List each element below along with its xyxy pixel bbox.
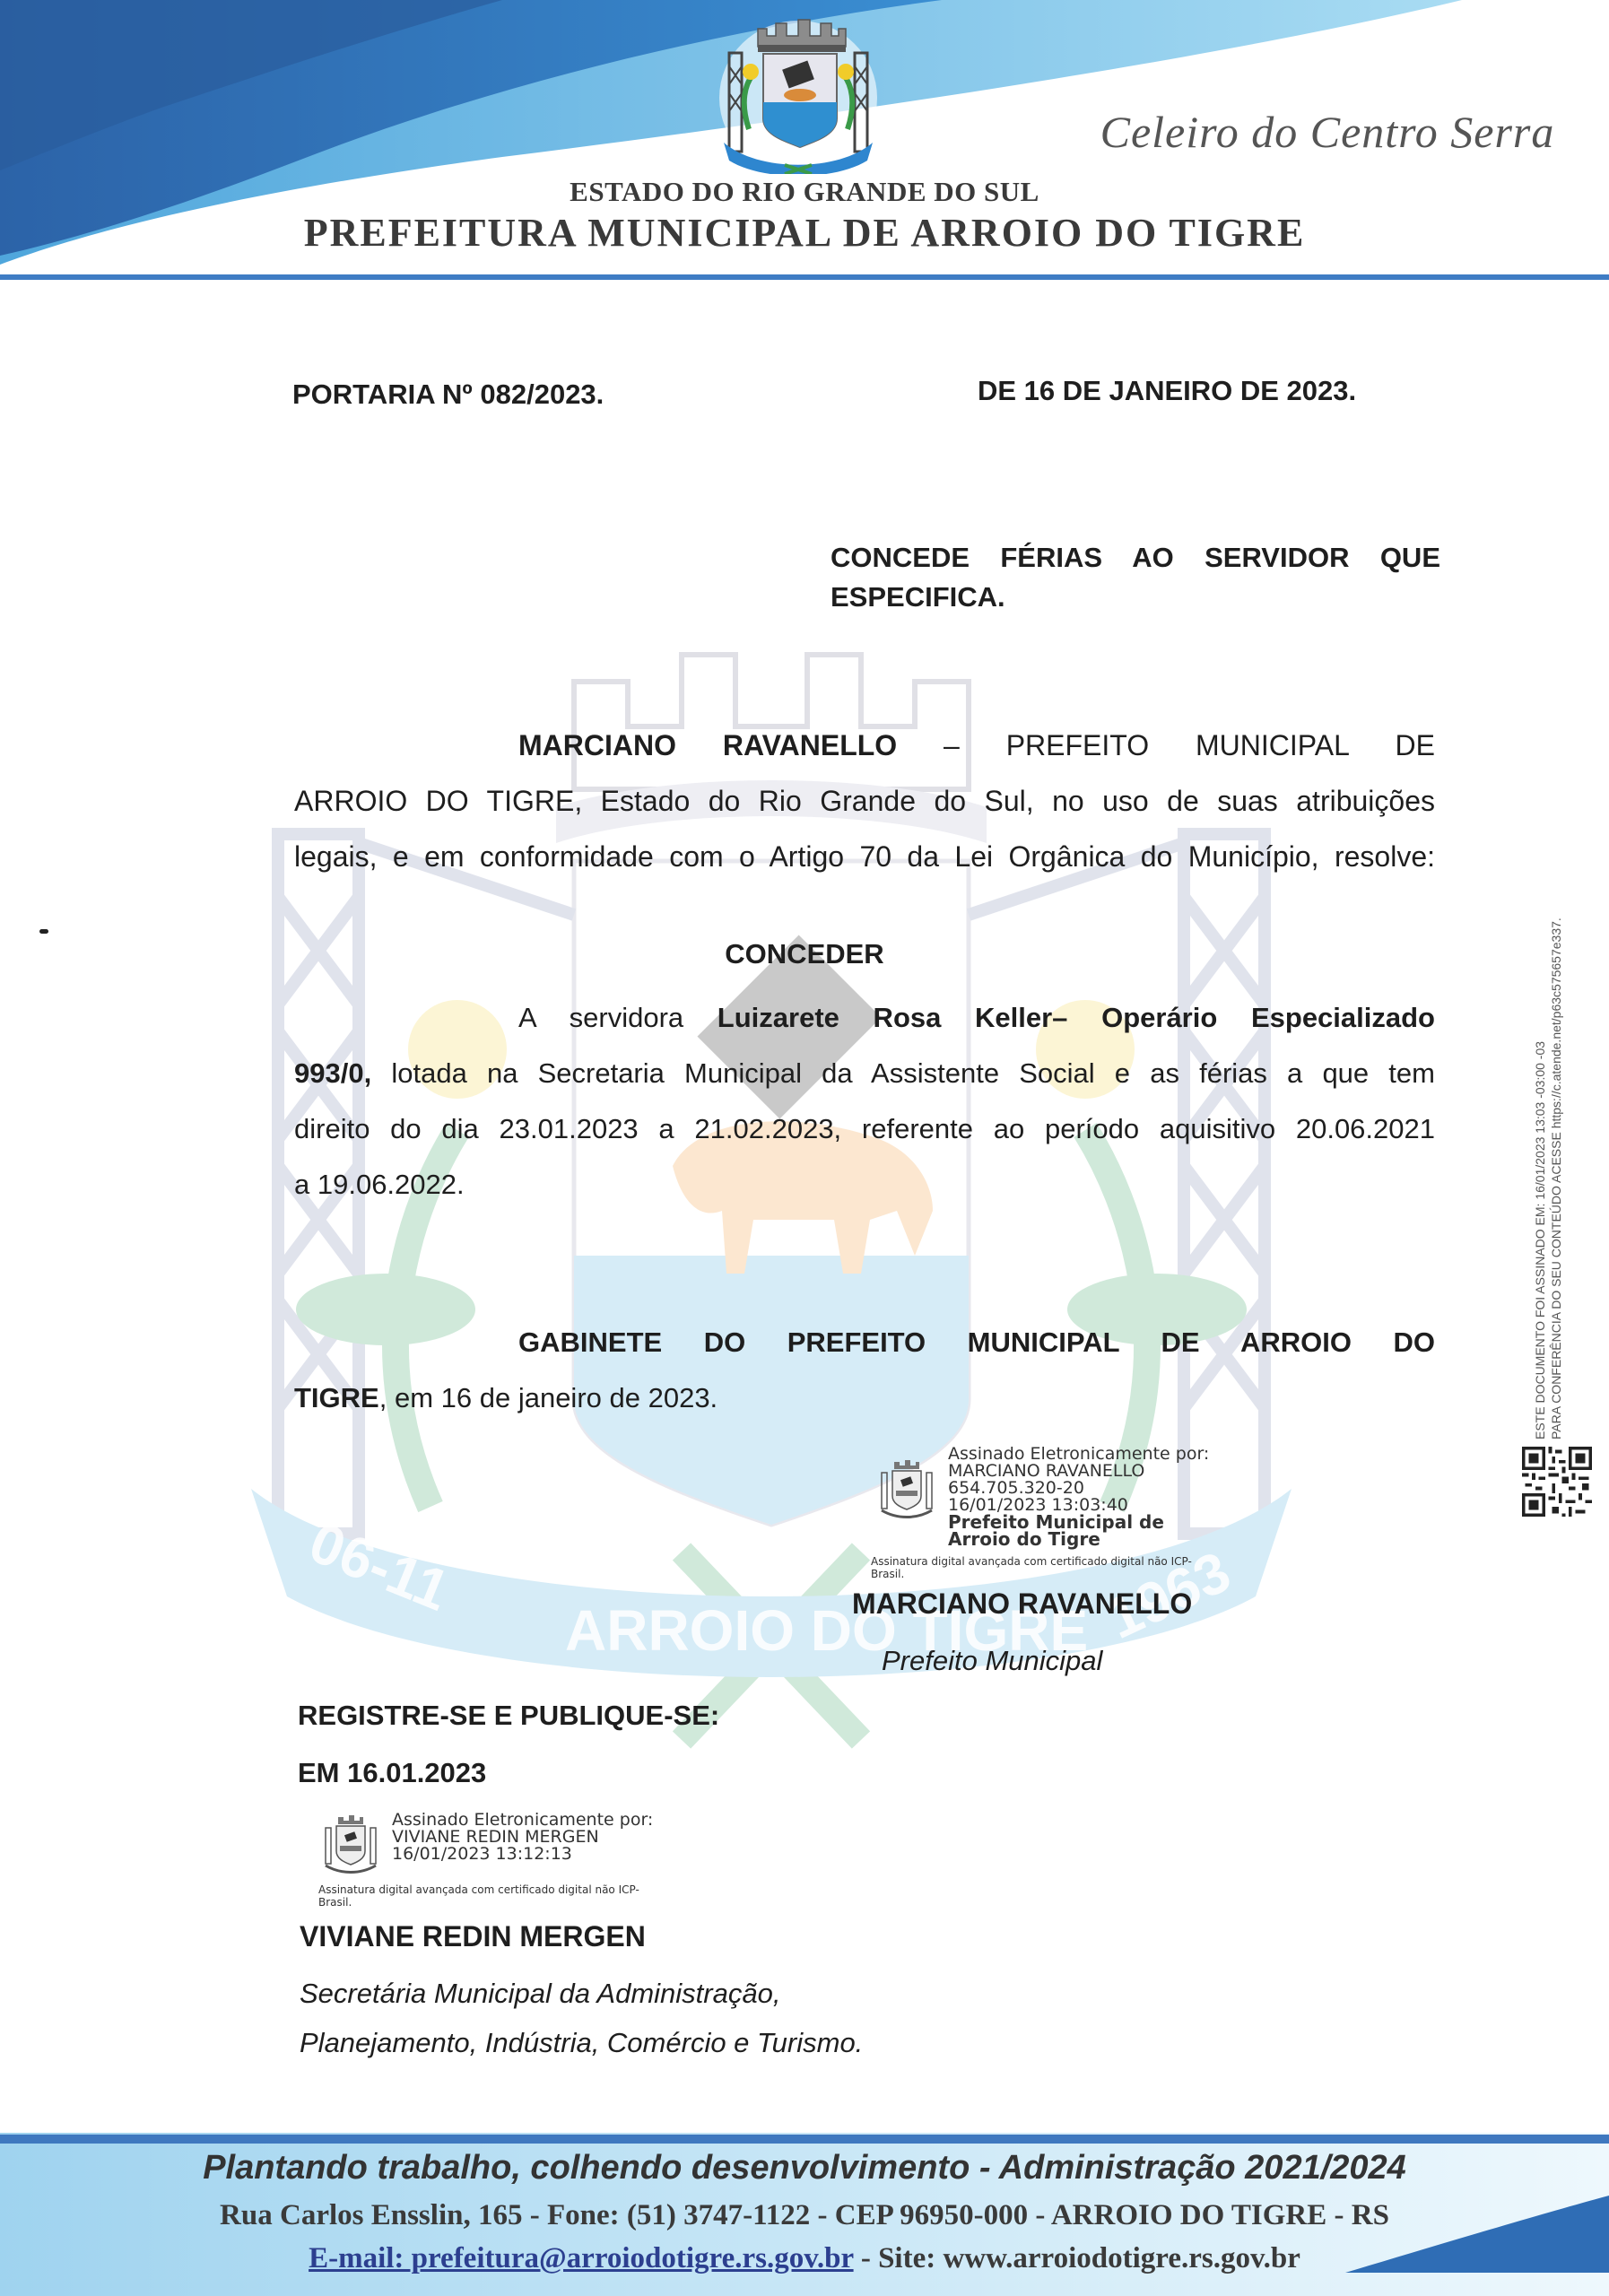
employee-registration: 993/0, (294, 1057, 371, 1089)
grant-line-4: a 19.06.2022. (294, 1158, 1435, 1213)
closing-line-1: GABINETE DO PREFEITO MUNICIPAL DE ARROIO… (294, 1314, 1435, 1370)
verification-line-2[interactable]: PARA CONFERÊNCIA DO SEU CONTEÚDO ACESSE … (1548, 918, 1564, 1439)
header-rule (0, 274, 1609, 280)
secretary-stamp-datetime: 16/01/2023 13:12:13 (392, 1846, 653, 1863)
secretary-stamp-note: Assinatura digital avançada com certific… (318, 1883, 639, 1909)
municipal-motto: Celeiro do Centro Serra (1085, 106, 1570, 158)
footer-address: Rua Carlos Ensslin, 165 - Fone: (51) 374… (0, 2199, 1609, 2232)
mayor-signer-name: MARCIANO RAVANELLO (852, 1589, 1192, 1618)
closing-paragraph: GABINETE DO PREFEITO MUNICIPAL DE ARROIO… (294, 1314, 1435, 1425)
website-label[interactable]: - Site: www.arroiodotigre.rs.gov.br (854, 2242, 1300, 2274)
employee-name: Luizarete Rosa Keller– Operário Especial… (718, 1002, 1435, 1033)
preamble-paragraph: MARCIANO RAVANELLO – PREFEITO MUNICIPAL … (294, 717, 1435, 884)
footer-rule (0, 2135, 1609, 2144)
mayor-stamp-note: Assinatura digital avançada com certific… (871, 1555, 1192, 1580)
verification-line-1: ESTE DOCUMENTO FOI ASSINADO EM: 16/01/20… (1532, 918, 1548, 1439)
mayor-name-inline: MARCIANO RAVANELLO (518, 729, 897, 761)
municipality-name: PREFEITURA MUNICIPAL DE ARROIO DO TIGRE (0, 210, 1609, 256)
publish-order: REGISTRE-SE E PUBLIQUE-SE: (298, 1701, 719, 1729)
ementa-line-2: ESPECIFICA. (831, 581, 1005, 613)
ementa-line-1: CONCEDE FÉRIAS AO SERVIDOR QUE (831, 538, 1440, 578)
secretary-signer-role-line-1: Secretária Municipal da Administração, (300, 1979, 780, 2007)
grant-paragraph: A servidora Luizarete Rosa Keller– Operá… (294, 991, 1435, 1213)
preamble-line-1: MARCIANO RAVANELLO – PREFEITO MUNICIPAL … (294, 717, 1435, 773)
action-heading: CONCEDER (0, 940, 1609, 968)
secretary-signer-name: VIVIANE REDIN MERGEN (300, 1922, 646, 1951)
portaria-date: DE 16 DE JANEIRO DE 2023. (978, 377, 1356, 404)
crest-seal-icon (318, 1813, 381, 1876)
verification-note: ESTE DOCUMENTO FOI ASSINADO EM: 16/01/20… (1532, 918, 1564, 1439)
publish-date: EM 16.01.2023 (298, 1759, 486, 1787)
state-name: ESTADO DO RIO GRANDE DO SUL (0, 176, 1609, 208)
portaria-number: PORTARIA Nº 082/2023. (292, 380, 604, 408)
secretary-electronic-signature-stamp: Assinado Eletronicamente por: VIVIANE RE… (318, 1812, 731, 1919)
footer-contacts: E-mail: prefeitura@arroiodotigre.rs.gov.… (0, 2242, 1609, 2275)
mayor-stamp-details: Assinado Eletronicamente por: MARCIANO R… (948, 1446, 1209, 1548)
email-link[interactable]: E-mail: prefeitura@arroiodotigre.rs.gov.… (309, 2242, 854, 2274)
administration-slogan: Plantando trabalho, colhendo desenvolvim… (0, 2149, 1609, 2187)
grant-line-2: 993/0, lotada na Secretaria Municipal da… (294, 1047, 1435, 1102)
scan-artifact (39, 929, 48, 934)
ementa: CONCEDE FÉRIAS AO SERVIDOR QUE ESPECIFIC… (831, 538, 1440, 617)
preamble-line-3: legais, e em conformidade com o Artigo 7… (294, 829, 1435, 884)
crest-seal-icon (874, 1458, 937, 1521)
mayor-signer-role: Prefeito Municipal (882, 1647, 1102, 1674)
preamble-line-2: ARROIO DO TIGRE, Estado do Rio Grande do… (294, 773, 1435, 829)
municipal-crest-icon (713, 13, 883, 174)
grant-line-1: A servidora Luizarete Rosa Keller– Operá… (294, 991, 1435, 1047)
grant-line-3: direito do dia 23.01.2023 a 21.02.2023, … (294, 1102, 1435, 1158)
secretary-signer-role-line-2: Planejamento, Indústria, Comércio e Turi… (300, 2029, 863, 2057)
qr-code-icon[interactable] (1522, 1447, 1592, 1517)
closing-line-2: TIGRE, em 16 de janeiro de 2023. (294, 1370, 1435, 1425)
mayor-electronic-signature-stamp: Assinado Eletronicamente por: MARCIANO R… (874, 1446, 1287, 1580)
secretary-stamp-details: Assinado Eletronicamente por: VIVIANE RE… (392, 1812, 653, 1863)
